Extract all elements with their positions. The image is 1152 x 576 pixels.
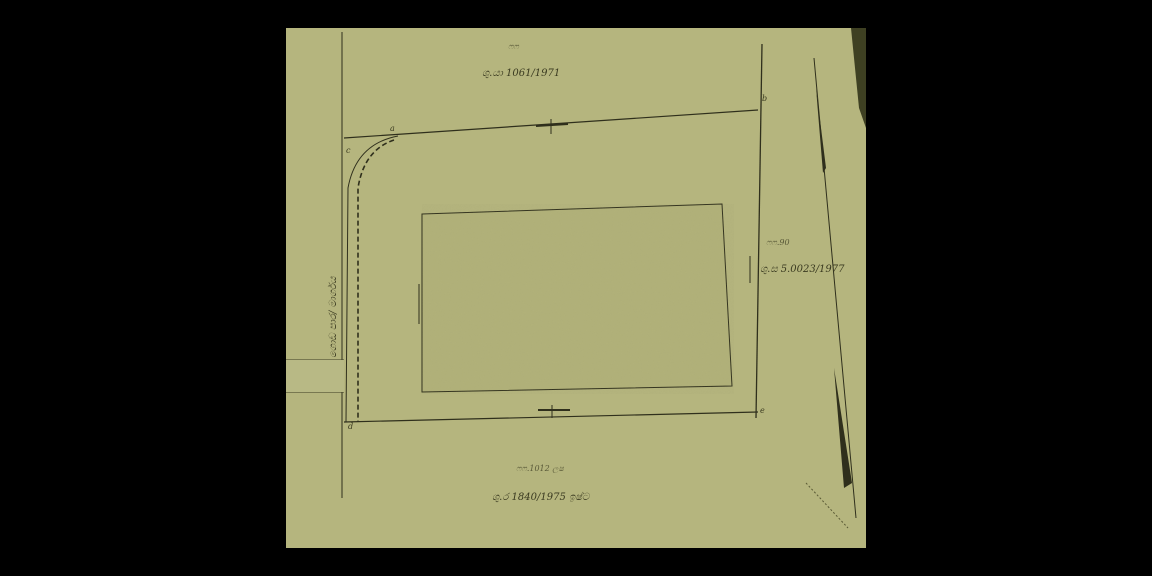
- east-adjacent-small-label: ෆෆ.90: [766, 238, 790, 248]
- site-plan-sheet: ෆෆ ශු.යා 1061/1971 ෆෆ.90 ශු.ස 5.0023/197…: [286, 28, 866, 548]
- lot-south-boundary: [344, 412, 758, 422]
- corner-label-a: a: [390, 124, 395, 133]
- east-adjacent-plot-label: ශු.ස 5.0023/1977: [760, 264, 845, 275]
- page-edge-shadow: [851, 28, 866, 128]
- lot-corner-curve: [346, 136, 398, 422]
- corner-label-b: b: [762, 94, 767, 103]
- corner-label-e: e: [760, 406, 765, 415]
- north-arrow-upper-barb: [816, 88, 826, 173]
- north-arrow-lower-barb: [834, 368, 852, 488]
- corner-label-c: c: [346, 146, 350, 155]
- building-texture: [422, 204, 734, 394]
- corner-label-d: d: [348, 422, 353, 431]
- north-adjacent-small-label: ෆෆ: [508, 42, 519, 52]
- building-line-dashed: [358, 140, 394, 422]
- north-adjacent-plot-label: ශු.යා 1061/1971: [482, 68, 560, 79]
- plan-drawing: [286, 28, 866, 548]
- south-adjacent-small-label: ෆෆ.1012 ලෂ: [516, 464, 564, 474]
- north-arrow-tail: [806, 483, 848, 528]
- south-adjacent-plot-label: ශු.ර 1840/1975 ඉෂ්ට: [492, 492, 589, 503]
- west-road-label: ගොඩ පාර/ මාර්ගය: [328, 277, 339, 358]
- road-strip: [286, 360, 344, 392]
